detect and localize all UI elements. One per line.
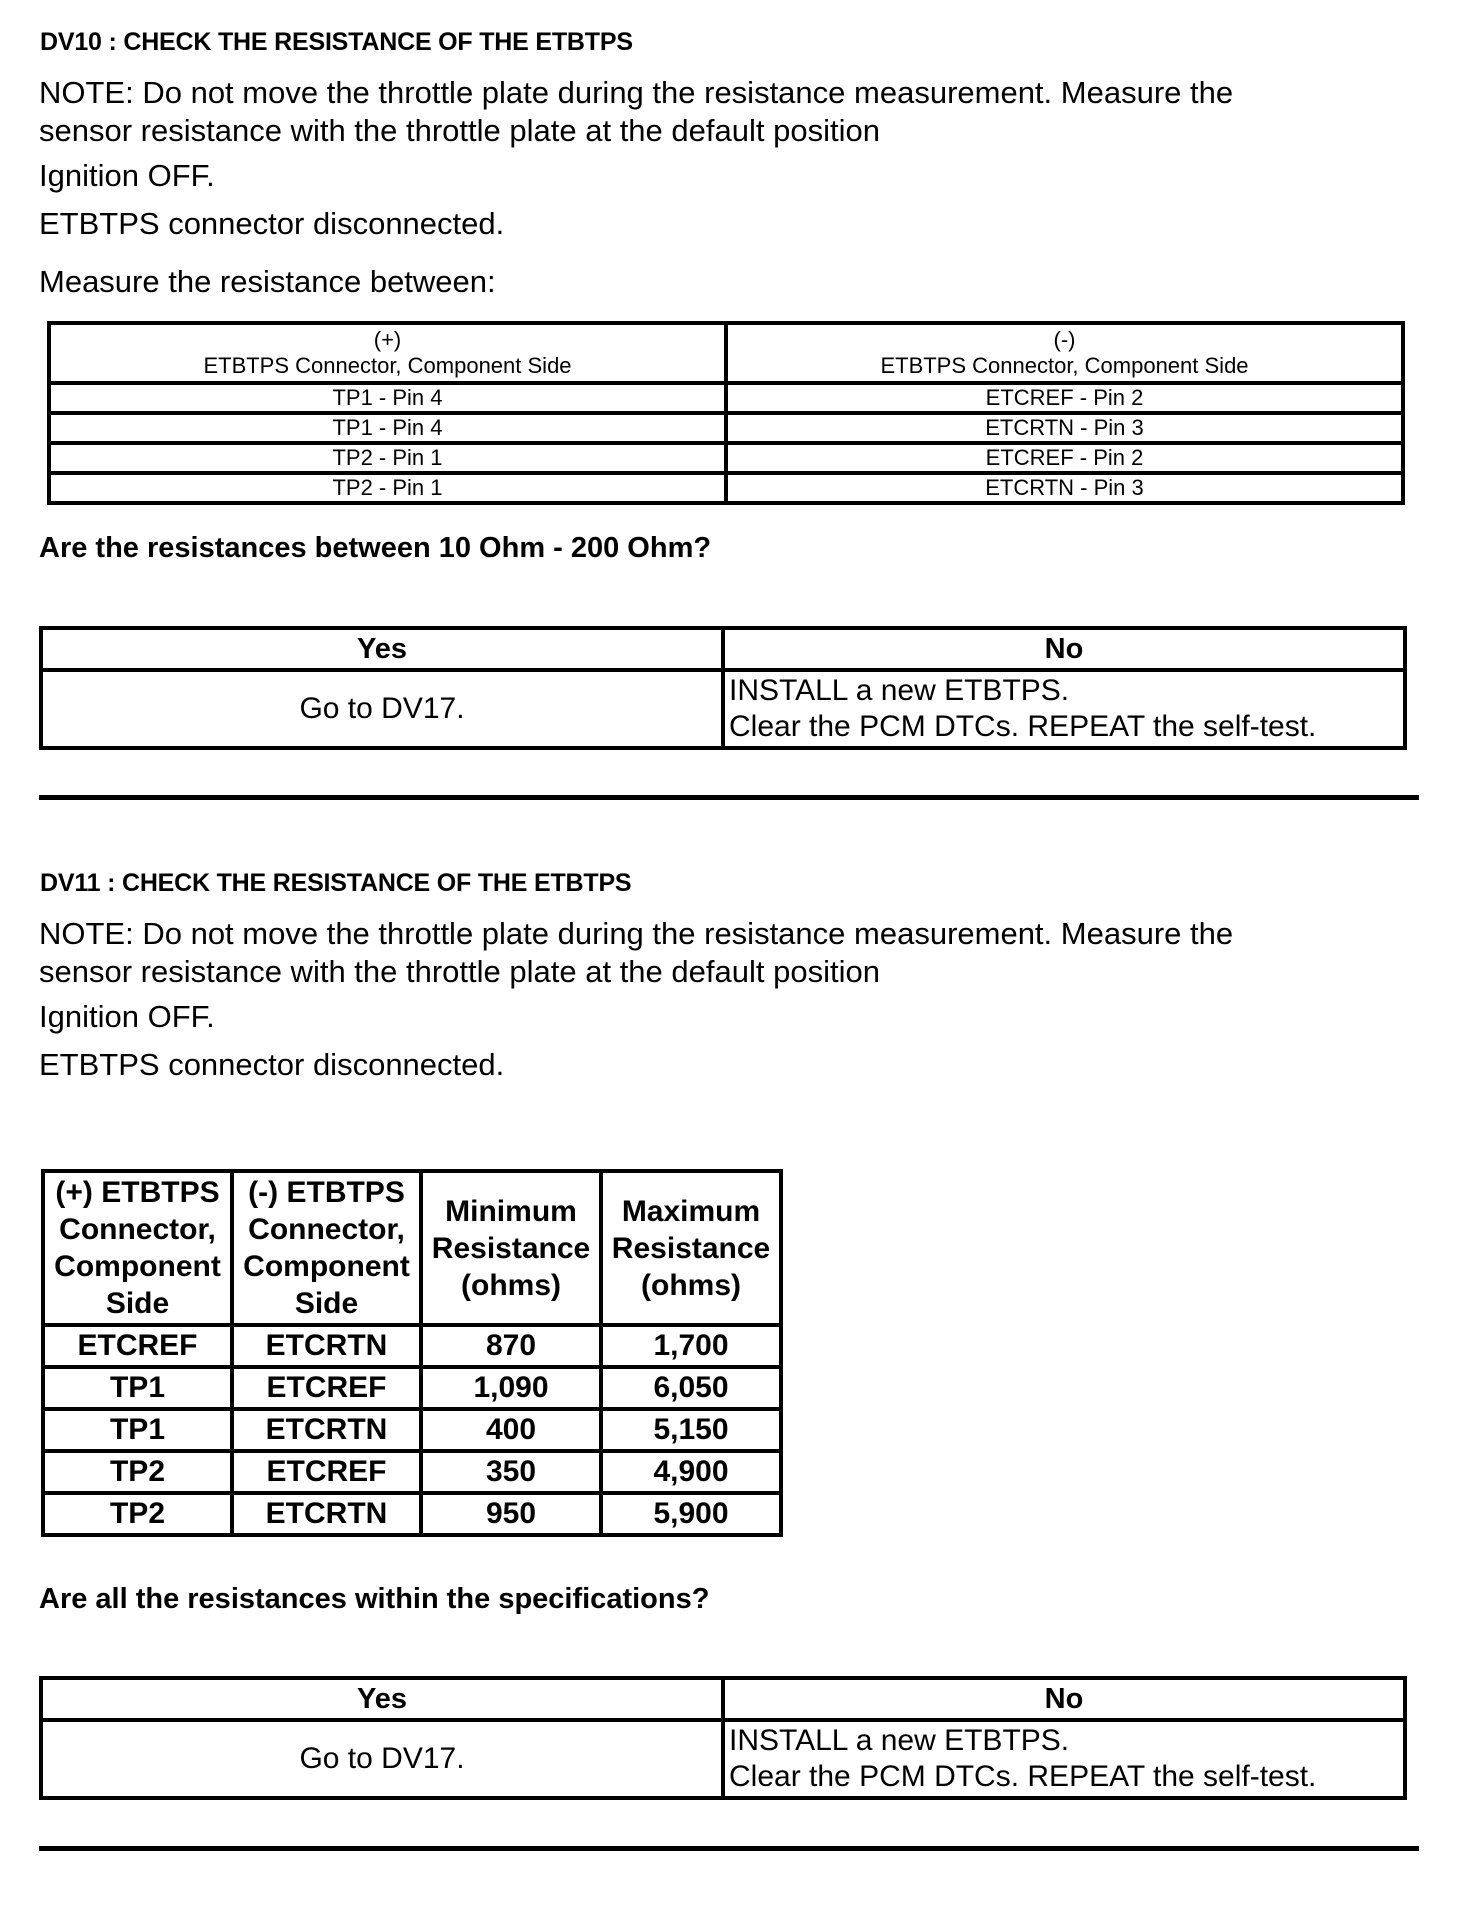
plus-column-header: (+) ETBTPS Connector, Component Side [49,323,726,383]
header-line: (-) ETBTPS [234,1174,419,1211]
answer-row: Go to DV17. INSTALL a new ETBTPS. Clear … [41,1720,1405,1798]
table-cell: ETCREF [232,1367,421,1409]
no-action-line1: INSTALL a new ETBTPS. [729,673,1403,709]
table-row: TP1 - Pin 4 ETCRTN - Pin 3 [49,413,1403,443]
header-line: Component [234,1248,419,1285]
section-divider [39,1846,1419,1851]
header-line: (ohms) [603,1267,779,1304]
plus-sign: (+) [51,327,724,353]
table-cell: TP2 [43,1493,232,1535]
plus-connector-header: (+) ETBTPS Connector, Component Side [43,1171,232,1325]
table-cell: TP2 [43,1451,232,1493]
table-cell: ETCRTN [232,1493,421,1535]
table-cell: 5,900 [601,1493,781,1535]
no-action-line2: Clear the PCM DTCs. REPEAT the self-test… [729,709,1403,745]
no-action-line2: Clear the PCM DTCs. REPEAT the self-test… [729,1759,1403,1795]
dv11-question: Are all the resistances within the speci… [39,1583,709,1616]
no-action: INSTALL a new ETBTPS. Clear the PCM DTCs… [723,1720,1405,1798]
table-cell: 5,150 [601,1409,781,1451]
dv11-step-ignition: Ignition OFF. [39,998,215,1036]
dv11-heading: DV11 : CHECK THE RESISTANCE OF THE ETBTP… [40,869,631,898]
table-row: ETCREF ETCRTN 870 1,700 [43,1325,781,1367]
dv10-question: Are the resistances between 10 Ohm - 200… [39,532,711,565]
table-row: TP2 ETCREF 350 4,900 [43,1451,781,1493]
no-action-line1: INSTALL a new ETBTPS. [729,1723,1403,1759]
minus-column-header: (-) ETBTPS Connector, Component Side [726,323,1403,383]
header-line: (+) ETBTPS [45,1174,230,1211]
table-row: TP2 ETCRTN 950 5,900 [43,1493,781,1535]
dv11-step-connector: ETBTPS connector disconnected. [39,1046,504,1084]
dv10-step-connector: ETBTPS connector disconnected. [39,205,504,243]
table-cell: ETCRTN - Pin 3 [726,413,1403,443]
table-cell: 870 [421,1325,601,1367]
table-row: TP2 - Pin 1 ETCREF - Pin 2 [49,443,1403,473]
dv11-note-line2: sensor resistance with the throttle plat… [39,953,1233,991]
dv10-note-line2: sensor resistance with the throttle plat… [39,112,1233,150]
table-cell: ETCREF [232,1451,421,1493]
dv10-step-ignition: Ignition OFF. [39,157,215,195]
table-cell: TP1 [43,1367,232,1409]
minus-sign: (-) [728,327,1401,353]
dv11-note-line1: NOTE: Do not move the throttle plate dur… [39,915,1233,953]
table-header-row: (+) ETBTPS Connector, Component Side (-)… [49,323,1403,383]
table-cell: ETCRTN - Pin 3 [726,473,1403,503]
yes-header: Yes [41,628,723,670]
dv10-pin-table: (+) ETBTPS Connector, Component Side (-)… [47,321,1405,505]
dv10-note-line1: NOTE: Do not move the throttle plate dur… [39,74,1233,112]
section-divider [39,795,1419,800]
yes-action-link[interactable]: Go to DV17. [41,670,723,748]
dv10-note: NOTE: Do not move the throttle plate dur… [39,74,1233,150]
yes-header: Yes [41,1678,723,1720]
table-cell: TP2 - Pin 1 [49,473,726,503]
table-cell: TP2 - Pin 1 [49,443,726,473]
plus-header-label: ETBTPS Connector, Component Side [51,353,724,379]
table-cell: 950 [421,1493,601,1535]
dv10-heading: DV10 : CHECK THE RESISTANCE OF THE ETBTP… [40,28,633,57]
table-cell: 4,900 [601,1451,781,1493]
header-line: Resistance [423,1230,599,1267]
table-cell: ETCREF - Pin 2 [726,383,1403,413]
header-line: Connector, [234,1211,419,1248]
table-cell: ETCRTN [232,1325,421,1367]
minus-connector-header: (-) ETBTPS Connector, Component Side [232,1171,421,1325]
header-line: Minimum [423,1193,599,1230]
header-line: Component [45,1248,230,1285]
no-header: No [723,628,1405,670]
no-action: INSTALL a new ETBTPS. Clear the PCM DTCs… [723,670,1405,748]
header-line: Maximum [603,1193,779,1230]
table-cell: TP1 - Pin 4 [49,413,726,443]
no-header: No [723,1678,1405,1720]
max-resistance-header: Maximum Resistance (ohms) [601,1171,781,1325]
table-cell: ETCREF - Pin 2 [726,443,1403,473]
table-row: TP1 - Pin 4 ETCREF - Pin 2 [49,383,1403,413]
table-cell: ETCRTN [232,1409,421,1451]
spec-header-row: (+) ETBTPS Connector, Component Side (-)… [43,1171,781,1325]
yes-action-link[interactable]: Go to DV17. [41,1720,723,1798]
dv11-spec-table: (+) ETBTPS Connector, Component Side (-)… [41,1169,783,1537]
answer-row: Go to DV17. INSTALL a new ETBTPS. Clear … [41,670,1405,748]
answer-header-row: Yes No [41,1678,1405,1720]
header-line: Side [45,1285,230,1322]
header-line: (ohms) [423,1267,599,1304]
dv11-note: NOTE: Do not move the throttle plate dur… [39,915,1233,991]
table-cell: 6,050 [601,1367,781,1409]
table-cell: 350 [421,1451,601,1493]
answer-header-row: Yes No [41,628,1405,670]
header-line: Connector, [45,1211,230,1248]
table-row: TP2 - Pin 1 ETCRTN - Pin 3 [49,473,1403,503]
table-cell: ETCREF [43,1325,232,1367]
dv10-step-measure: Measure the resistance between: [39,263,496,301]
header-line: Resistance [603,1230,779,1267]
table-cell: TP1 - Pin 4 [49,383,726,413]
min-resistance-header: Minimum Resistance (ohms) [421,1171,601,1325]
table-cell: 1,700 [601,1325,781,1367]
table-cell: 400 [421,1409,601,1451]
table-cell: TP1 [43,1409,232,1451]
dv10-answer-table: Yes No Go to DV17. INSTALL a new ETBTPS.… [39,626,1407,750]
table-row: TP1 ETCRTN 400 5,150 [43,1409,781,1451]
table-cell: 1,090 [421,1367,601,1409]
header-line: Side [234,1285,419,1322]
minus-header-label: ETBTPS Connector, Component Side [728,353,1401,379]
table-row: TP1 ETCREF 1,090 6,050 [43,1367,781,1409]
dv11-answer-table: Yes No Go to DV17. INSTALL a new ETBTPS.… [39,1676,1407,1800]
